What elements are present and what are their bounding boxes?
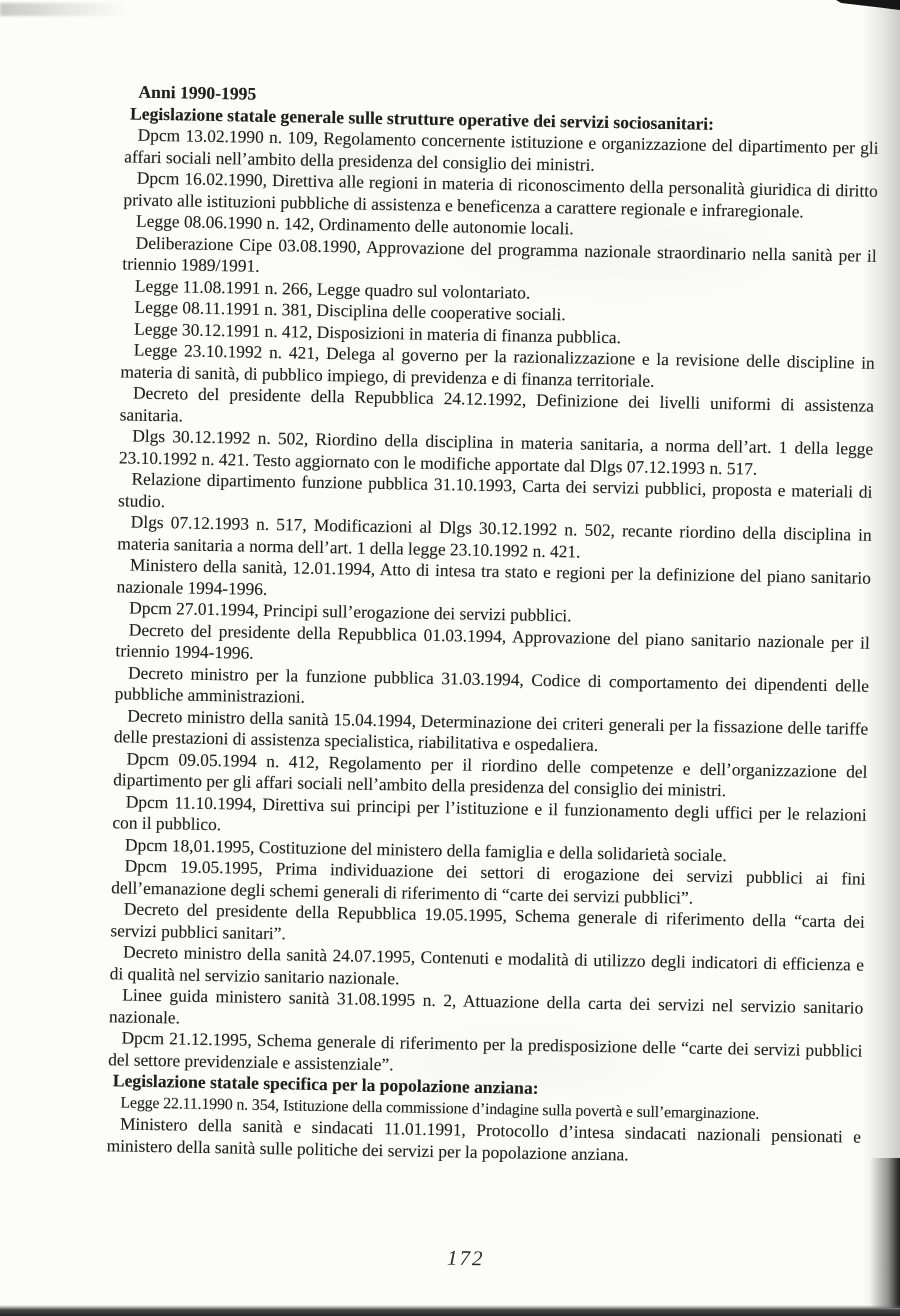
scan-mark-top-right-artifact (836, 0, 900, 10)
scan-shadow-bottom-right-artifact (870, 1158, 900, 1308)
scanned-page: Anni 1990-1995 Legislazione statale gene… (0, 0, 900, 1316)
scan-smudge-top-left-artifact (0, 3, 150, 16)
page-number: 172 (447, 1246, 485, 1272)
legislation-sections: Legislazione statale generale sulle stru… (106, 103, 879, 1170)
page-content: Anni 1990-1995 Legislazione statale gene… (106, 81, 879, 1169)
scan-strip-bottom-artifact (0, 1305, 900, 1316)
